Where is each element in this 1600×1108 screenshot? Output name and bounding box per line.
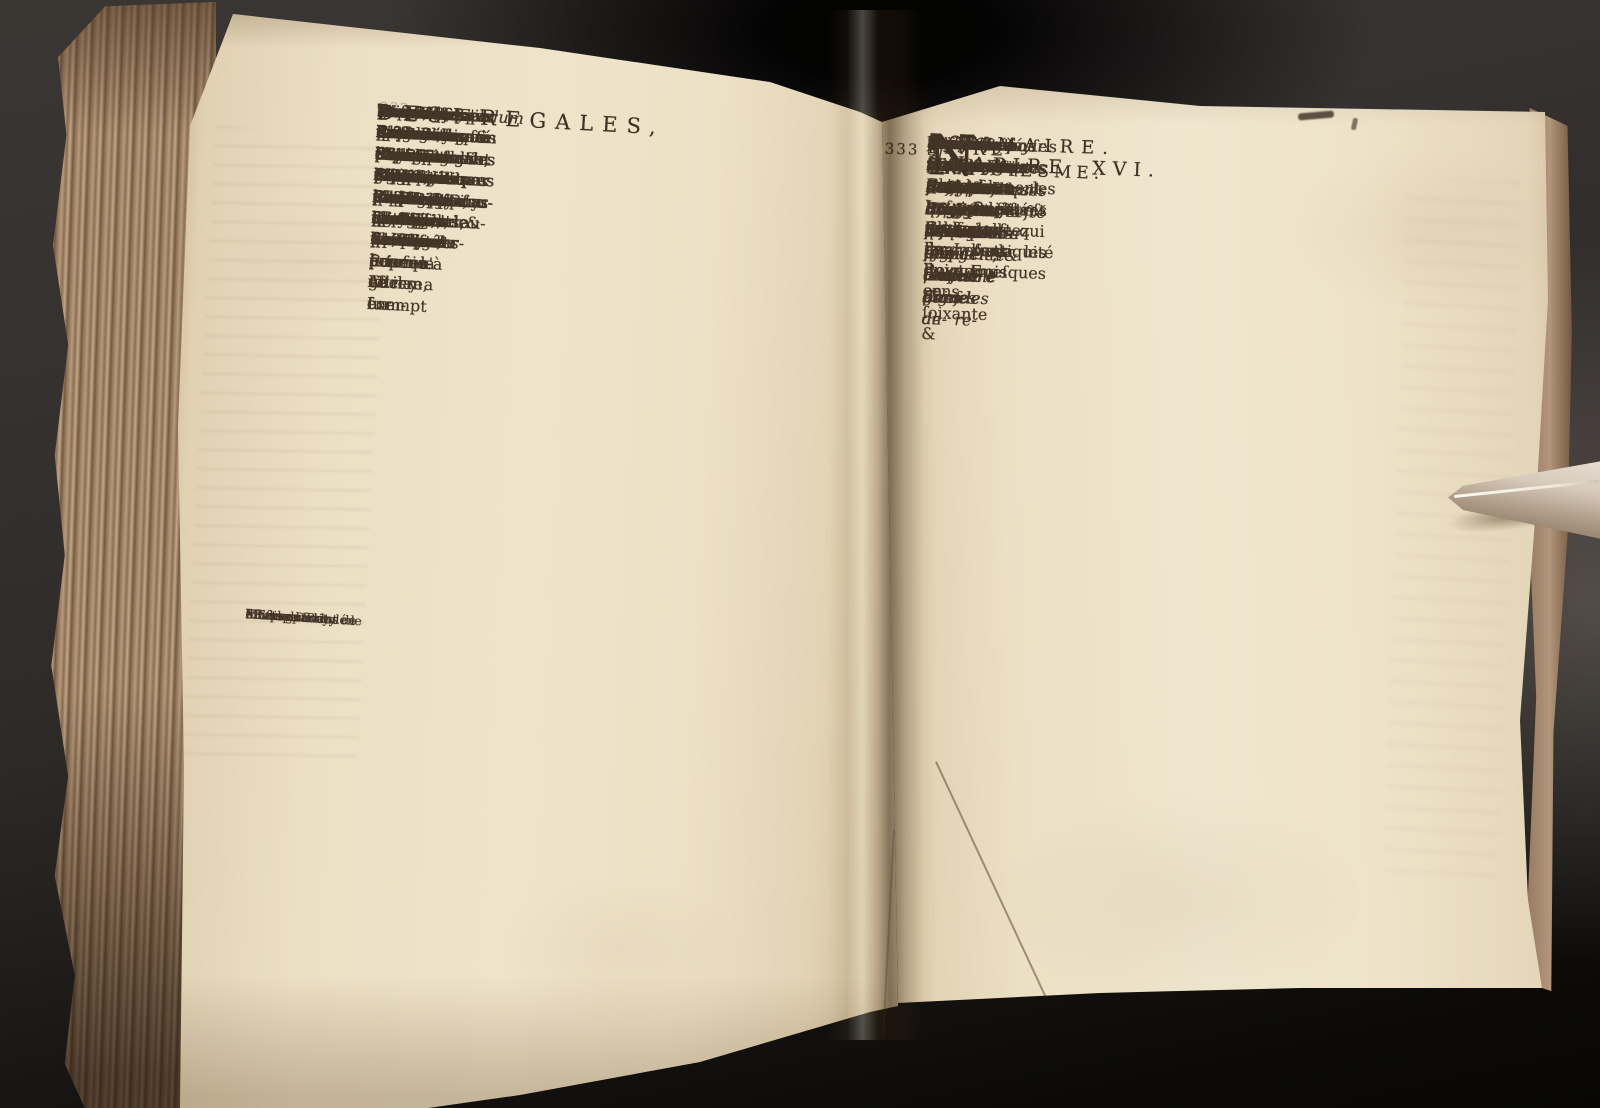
left-page [170,6,910,1108]
book-photo: 332 DES REGALES, Turpin Archeueſque de R… [0,0,1600,1108]
signature-mark: Sſ [927,140,945,160]
right-page-number: 333 [884,140,919,159]
text-line: guerre. [377,100,438,125]
